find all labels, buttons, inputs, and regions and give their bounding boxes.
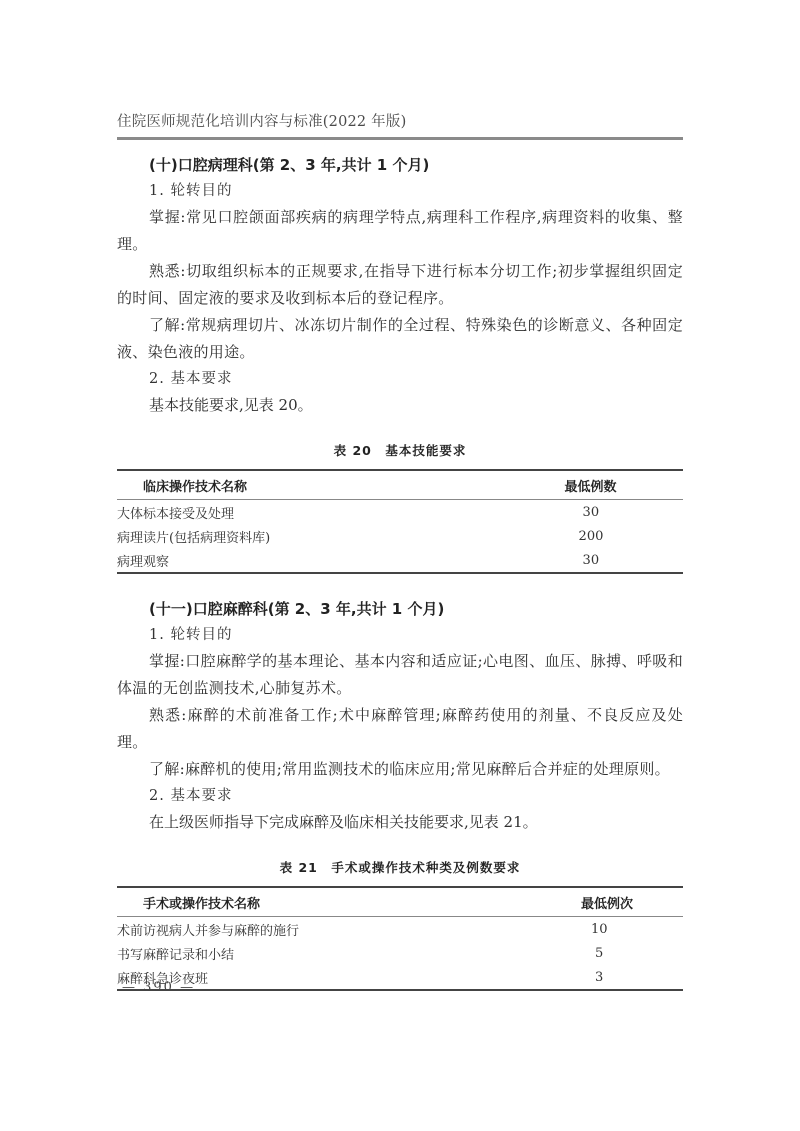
table-row: 病理读片(包括病理资料库) 200 [117, 524, 683, 548]
paragraph-understand: 了解:常规病理切片、冰冻切片制作的全过程、特殊染色的诊断意义、各种固定液、染色液… [117, 312, 683, 366]
requirement-text: 在上级医师指导下完成麻醉及临床相关技能要求,见表 21。 [149, 809, 683, 836]
column-header-name: 手术或操作技术名称 [117, 887, 329, 917]
table-20: 临床操作技术名称 最低例数 大体标本接受及处理 30 病理读片(包括病理资料库)… [117, 469, 683, 574]
section-oral-pathology: (十)口腔病理科(第 2、3 年,共计 1 个月) 1. 轮转目的 掌握:常见口… [117, 152, 683, 574]
document-page: 住院医师规范化培训内容与标准(2022 年版) (十)口腔病理科(第 2、3 年… [0, 0, 800, 1131]
cell-name: 大体标本接受及处理 [117, 500, 303, 525]
table-row: 书写麻醉记录和小结 5 [117, 941, 683, 965]
table-row: 病理观察 30 [117, 548, 683, 573]
table-caption: 表 20 基本技能要求 [117, 441, 683, 459]
column-header-min-times: 最低例次 [329, 887, 683, 917]
paragraph-familiar: 熟悉:切取组织标本的正规要求,在指导下进行标本分切工作;初步掌握组织固定的时间、… [117, 258, 683, 312]
paragraph-master: 掌握:口腔麻醉学的基本理论、基本内容和适应证;心电图、血压、脉搏、呼吸和体温的无… [117, 648, 683, 702]
table-row: 术前访视病人并参与麻醉的施行 10 [117, 917, 683, 942]
cell-name: 病理观察 [117, 548, 303, 573]
table-header-row: 手术或操作技术名称 最低例次 [117, 887, 683, 917]
table-row: 麻醉科急诊夜班 3 [117, 965, 683, 990]
paragraph-understand: 了解:麻醉机的使用;常用监测技术的临床应用;常见麻醉后合并症的处理原则。 [117, 756, 683, 783]
page-content: (十)口腔病理科(第 2、3 年,共计 1 个月) 1. 轮转目的 掌握:常见口… [117, 148, 683, 991]
cell-name: 病理读片(包括病理资料库) [117, 524, 303, 548]
cell-count: 3 [329, 965, 683, 990]
paragraph-master: 掌握:常见口腔颌面部疾病的病理学特点,病理科工作程序,病理资料的收集、整理。 [117, 204, 683, 258]
requirement-text: 基本技能要求,见表 20。 [149, 392, 683, 419]
cell-count: 5 [329, 941, 683, 965]
paragraph-familiar: 熟悉:麻醉的术前准备工作;术中麻醉管理;麻醉药使用的剂量、不良反应及处理。 [117, 702, 683, 756]
cell-count: 10 [329, 917, 683, 942]
section-title: (十)口腔病理科(第 2、3 年,共计 1 个月) [149, 152, 683, 178]
cell-name: 书写麻醉记录和小结 [117, 941, 329, 965]
cell-name: 术前访视病人并参与麻醉的施行 [117, 917, 329, 942]
cell-count: 30 [303, 500, 683, 525]
running-header: 住院医师规范化培训内容与标准(2022 年版) [117, 110, 406, 131]
subheading-rotation-goals: 1. 轮转目的 [149, 178, 683, 204]
cell-count: 30 [303, 548, 683, 573]
section-title: (十一)口腔麻醉科(第 2、3 年,共计 1 个月) [149, 596, 683, 622]
cell-count: 200 [303, 524, 683, 548]
header-rule [117, 137, 683, 140]
table-row: 大体标本接受及处理 30 [117, 500, 683, 525]
column-header-name: 临床操作技术名称 [117, 470, 303, 500]
subheading-rotation-goals: 1. 轮转目的 [149, 622, 683, 648]
section-oral-anesthesia: (十一)口腔麻醉科(第 2、3 年,共计 1 个月) 1. 轮转目的 掌握:口腔… [117, 596, 683, 991]
subheading-basic-requirements: 2. 基本要求 [149, 783, 683, 809]
subheading-basic-requirements: 2. 基本要求 [149, 366, 683, 392]
column-header-min-count: 最低例数 [303, 470, 683, 500]
table-header-row: 临床操作技术名称 最低例数 [117, 470, 683, 500]
table-21: 手术或操作技术名称 最低例次 术前访视病人并参与麻醉的施行 10 书写麻醉记录和… [117, 886, 683, 991]
table-caption: 表 21 手术或操作技术种类及例数要求 [117, 858, 683, 876]
page-number: — 390 — [122, 980, 195, 995]
